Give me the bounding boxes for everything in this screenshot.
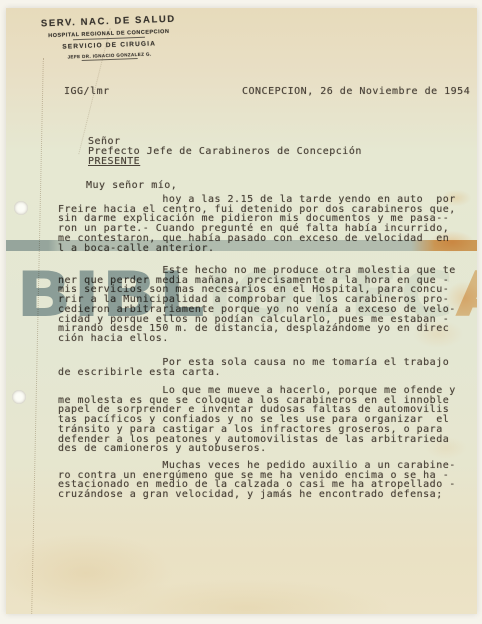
recipient-presente: PRESENTE (88, 157, 362, 167)
body-paragraph-4: Lo que me mueve a hacerlo, porque me ofe… (58, 386, 456, 454)
watermark-stripe (6, 240, 477, 251)
dateline: CONCEPCION, 26 de Noviembre de 1954 (242, 86, 470, 97)
body-paragraph-2: Este hecho no me produce otra molestia q… (58, 266, 456, 344)
scanned-letter: SERV. NAC. DE SALUD HOSPITAL REGIONAL DE… (0, 0, 482, 624)
letter-page: SERV. NAC. DE SALUD HOSPITAL REGIONAL DE… (6, 8, 477, 614)
body-paragraph-5: Muchas veces he pedido auxilio a un cara… (58, 461, 456, 500)
reference-number: IGG/lmr (64, 86, 110, 97)
letterhead-stamp: SERV. NAC. DE SALUD HOSPITAL REGIONAL DE… (23, 13, 195, 66)
watermark-text-orange: AS (455, 258, 477, 331)
punch-hole (14, 201, 28, 215)
salutation: Muy señor mío, (86, 180, 177, 191)
punch-hole (12, 390, 26, 404)
paper-crease (31, 58, 44, 614)
recipient-block: Señor Prefecto Jefe de Carabineros de Co… (88, 137, 362, 168)
letterhead-line: SERV. NAC. DE SALUD (23, 13, 193, 30)
body-paragraph-3: Por esta sola causa no me tomaría el tra… (58, 358, 449, 377)
